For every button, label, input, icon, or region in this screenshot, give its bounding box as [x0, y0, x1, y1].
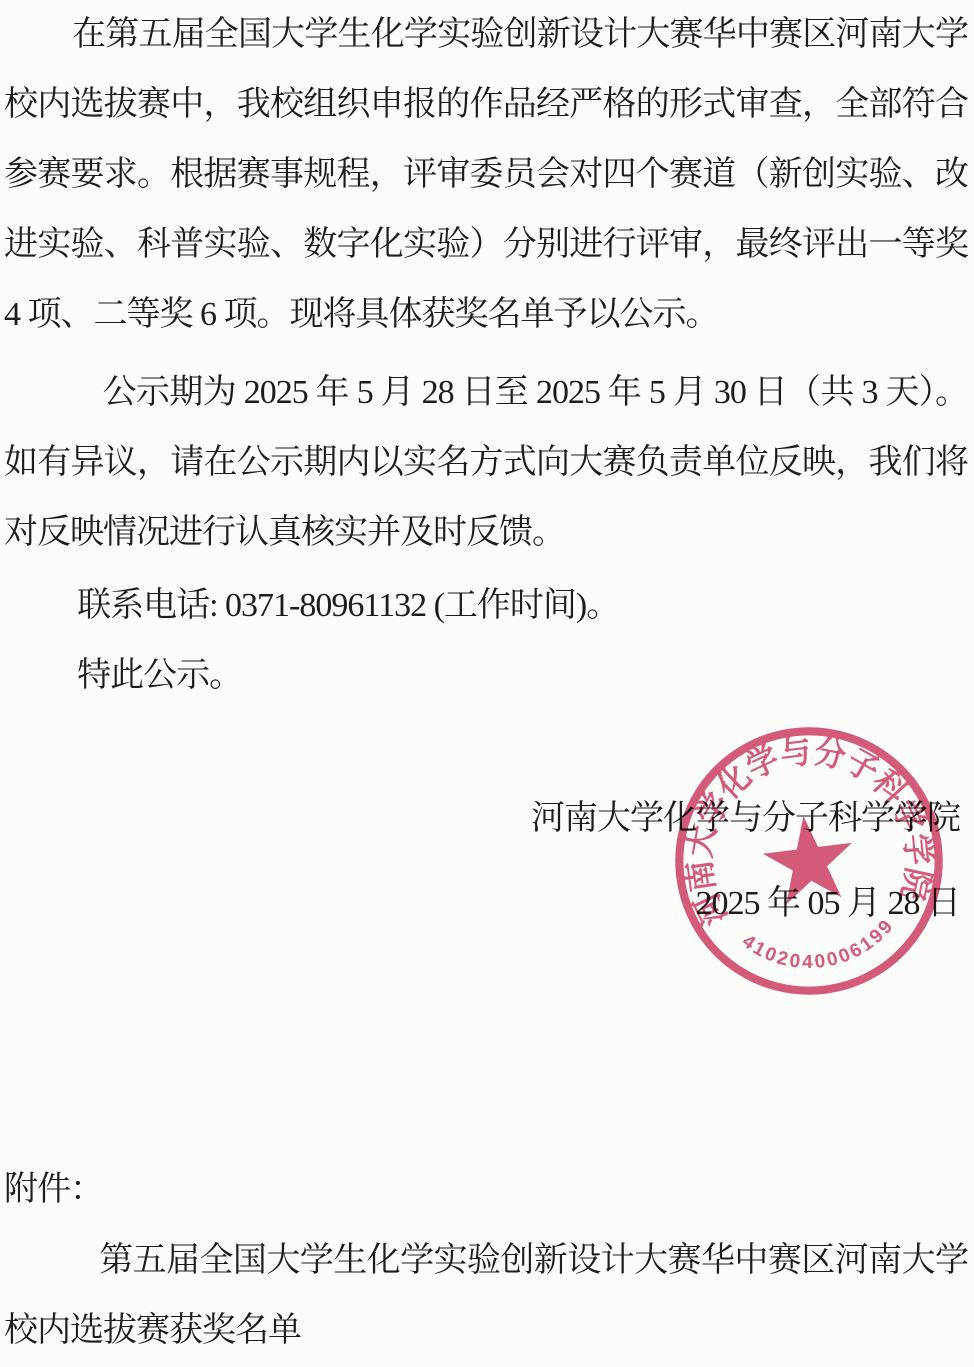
signature-block: 河南大学化学与分子科学学院 2025 年 05 月 28 日: [4, 776, 968, 946]
paragraph-notice-period: 公示期为 2025 年 5 月 28 日至 2025 年 5 月 30 日（共 …: [4, 358, 968, 568]
paragraph-closing: 特此公示。: [4, 641, 968, 711]
signature-organization: 河南大学化学与分子科学学院: [4, 776, 960, 861]
document-page: 在第五届全国大学生化学实验创新设计大赛华中赛区河南大学校内选拔赛中，我校组织申报…: [0, 0, 974, 1367]
attachment-label: 附件：: [4, 1155, 968, 1225]
paragraph-intro: 在第五届全国大学生化学实验创新设计大赛华中赛区河南大学校内选拔赛中，我校组织申报…: [4, 0, 968, 350]
paragraph-contact-phone: 联系电话: 0371-80961132 (工作时间)。: [4, 571, 968, 641]
signature-date: 2025 年 05 月 28 日: [4, 861, 960, 946]
attachment-title: 第五届全国大学生化学实验创新设计大赛华中赛区河南大学校内选拔赛获奖名单: [4, 1226, 968, 1366]
